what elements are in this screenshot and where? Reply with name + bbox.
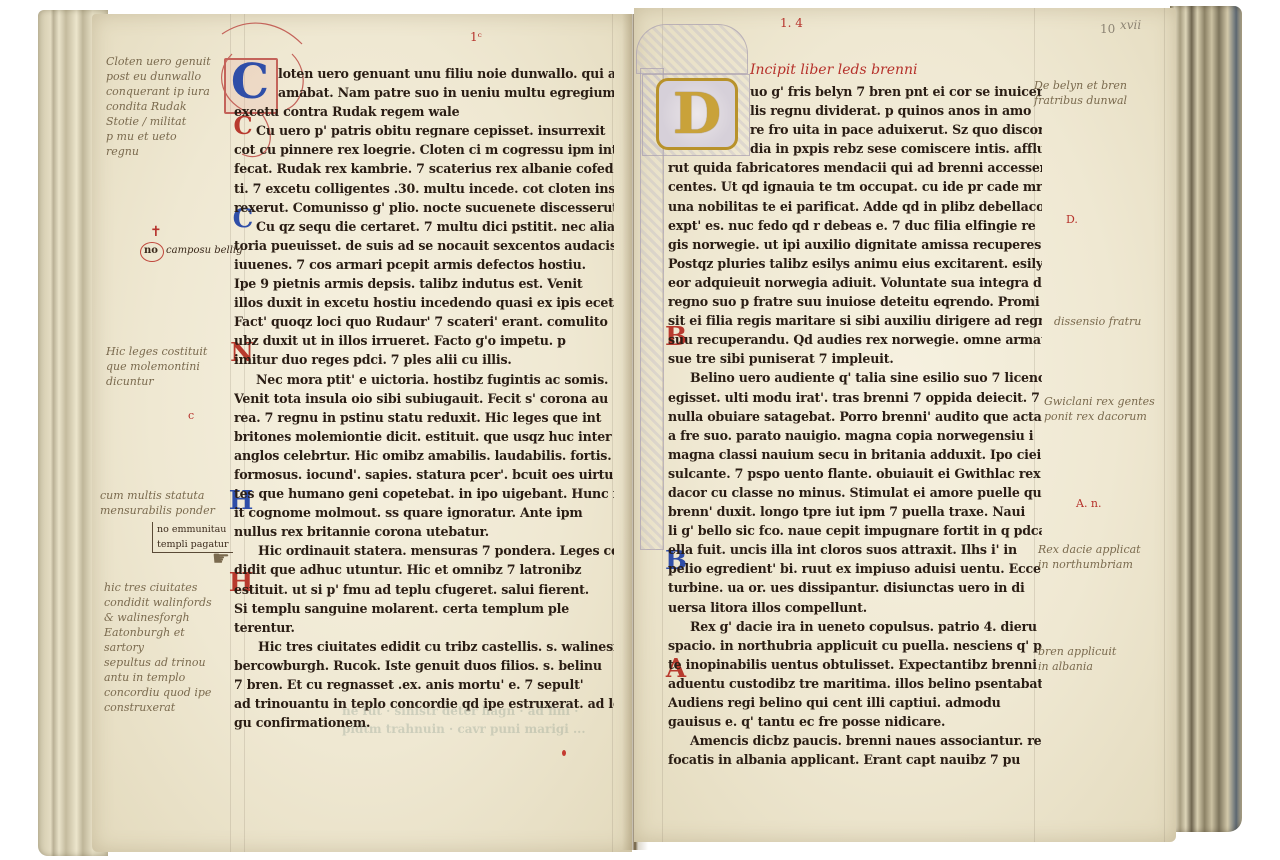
text-line: cot cu pinnere rex loegrie. Cloten ci m … [234, 140, 614, 159]
text-line: iuuenes. 7 cos armari pcepit armis defec… [234, 255, 614, 274]
marginal-note-line: in northumbriam [1038, 557, 1141, 572]
text-line: uo g' fris belyn 7 bren pnt ei cor se in… [668, 82, 1042, 101]
text-line: re fro uita in pace aduixerut. Sz quo di… [668, 120, 1042, 139]
penwork-border-top [636, 24, 748, 74]
text-line: Fact' quoqz loci quo Rudaur' 7 scateri' … [234, 312, 614, 331]
text-line: Postqz pluries talibz esilys animu eius … [668, 254, 1042, 273]
marginal-note: De belyn et bren fratribus dunwal [1034, 78, 1127, 108]
text-line: magna classi nauium secu in britania add… [668, 445, 1042, 464]
text-line: egisset. ulti modu irat'. tras brenni 7 … [668, 388, 1042, 407]
text-line: Cu qz sequ die certaret. 7 multu dici ps… [234, 217, 614, 236]
marginal-note-line: mensurabilis ponder [100, 503, 215, 518]
marginal-note-line: Gwiclani rex gentes [1044, 394, 1155, 409]
right-page-edges [1170, 6, 1242, 832]
text-line: dia in pxpis rebz sese comiscere intis. … [668, 139, 1042, 158]
text-line: anglos celebrtur. Hic omibz amabilis. la… [234, 446, 614, 465]
text-line: toria pueuisset. de suis ad se nocauit s… [234, 236, 614, 255]
text-line: Si templu sanguine molarent. certa templ… [234, 599, 614, 618]
text-line: ubz duxit ut in illos irrueret. Facto g'… [234, 331, 614, 350]
text-line: didit que adhuc utuntur. Hic et omnibz 7… [234, 560, 614, 579]
text-line: Audiens regi belino qui cent illi captiu… [668, 693, 1042, 712]
text-line: rea. 7 regnu in pstinu statu reduxit. Hi… [234, 408, 614, 427]
marginal-mark: D. [1066, 212, 1078, 227]
text-line: eor adquieuit norwegia adiuit. Voluntate… [668, 273, 1042, 292]
marginal-note-line: que molemontini [106, 359, 207, 374]
text-line: rut quida fabricatores mendacii qui ad b… [668, 158, 1042, 177]
text-line: britones molemiontie dicit. estituit. qu… [234, 427, 614, 446]
text-line: tes que humano geni copetebat. in ipo ui… [234, 484, 614, 503]
text-line: turbine. ua or. ues dissipantur. disiunc… [668, 578, 1042, 597]
text-line: nullus rex britannie corona utebatur. [234, 522, 614, 541]
ruling-line [1164, 8, 1165, 842]
marginal-note-line: ponit rex dacorum [1044, 409, 1155, 424]
text-line: brenn' duxit. longo tpre iut ipm 7 puell… [668, 502, 1042, 521]
text-line: te inopinabilis uentus obtulisset. Expec… [668, 655, 1042, 674]
show-through-text: pidtm trahnuin · cavr puni marigi ... [342, 720, 586, 739]
left-text-block: loten uero genuant unu filiu noie dunwal… [234, 64, 614, 732]
text-line: Hic tres ciuitates edidit cu tribz caste… [234, 637, 614, 656]
manuscript-spread: 1ᶜ C C C N H H loten uero genuant unu fi… [0, 0, 1280, 860]
marginal-note-line: bren applicuit [1038, 644, 1116, 659]
text-line: gauisus e. q' tantu ec fre posse nidicar… [668, 712, 1042, 731]
marginal-note-line: sepultus ad trinou [104, 655, 212, 670]
text-line: Belino uero audiente q' talia sine esili… [668, 368, 1042, 387]
text-line: loten uero genuant unu filiu noie dunwal… [234, 64, 614, 83]
text-line: pelio egredient' bi. ruut ex impiuso adu… [668, 559, 1042, 578]
marginal-note-line: antu in templo [104, 670, 212, 685]
marginal-note: Gwiclani rex gentes ponit rex dacorum [1044, 394, 1155, 424]
marginal-note-line: conquerant ip iura [106, 84, 211, 99]
marginal-note-line: Cloten uero genuit [106, 54, 211, 69]
text-line: dacor cu classe no minus. Stimulat ei am… [668, 483, 1042, 502]
marginal-note-line: concordiu quod ipe [104, 685, 212, 700]
text-line: Amencis dicbz paucis. brenni naues assoc… [668, 731, 1042, 750]
text-line: uersa litora illos compellunt. [668, 598, 1042, 617]
marginal-note: dissensio fratru [1054, 314, 1141, 329]
marginal-note: Cloten uero genuit post eu dunwallo conq… [106, 54, 211, 159]
show-through-text: ne fut · sinistr deter hagn · ad fini · [342, 702, 578, 721]
text-line: gis norwegie. ut ipi auxilio dignitate a… [668, 235, 1042, 254]
marginal-note-line: in albania [1038, 659, 1116, 674]
text-line: regno suo p fratre suu inuiose deteitu e… [668, 292, 1042, 311]
folio-mark: 1. 4 [780, 16, 803, 30]
marginal-note-line: construxerat [104, 700, 212, 715]
marginal-note: hic tres ciuitates condidit walinfords &… [104, 580, 212, 715]
text-line: Nec mora ptit' e uictoria. hostibz fugin… [234, 370, 614, 389]
marginal-note-line: regnu [106, 144, 211, 159]
text-line: formosus. iocund'. sapies. statura pcer'… [234, 465, 614, 484]
text-line: centes. Ut qd ignauia te tm occupat. cu … [668, 177, 1042, 196]
text-line: ella fuit. uncis illa int cloros suos at… [668, 540, 1042, 559]
text-line: lis regnu dividerat. p quinos anos in am… [668, 101, 1042, 120]
text-line: a fre suo. parato nauigio. magna copia n… [668, 426, 1042, 445]
text-line: amabat. Nam patre suo in ueniu multu egr… [234, 83, 614, 102]
marginal-note-line: Hic leges costituit [106, 344, 207, 359]
right-page: 1. 4 10 xvii D Incipit liber leds brenni… [634, 8, 1176, 842]
marginal-note-line: & walinesforgh [104, 610, 212, 625]
text-line: Cu uero p' patris obitu regnare cepisset… [234, 121, 614, 140]
marginal-note-line: Stotie / militat [106, 114, 211, 129]
text-line: ti. 7 excetu colligentes .30. multu ince… [234, 179, 614, 198]
marginal-note-line: fratribus dunwal [1034, 93, 1127, 108]
manicule-pointing-hand-icon: ☛ [212, 546, 230, 570]
text-line: Venit tota insula oio sibi subiugauit. F… [234, 389, 614, 408]
text-line: Hic ordinauit statera. mensuras 7 ponder… [234, 541, 614, 560]
folio-mark: 1ᶜ [470, 30, 482, 44]
marginal-note-line: cum multis statuta [100, 488, 215, 503]
marginal-note: bren applicuit in albania [1038, 644, 1116, 674]
text-line: expt' es. nuc fedo qd r debeas e. 7 duc … [668, 216, 1042, 235]
marginal-note-line: sartory [104, 640, 212, 655]
text-line: focatis in albania applicant. Erant capt… [668, 750, 1042, 769]
text-line: bercowburgh. Rucok. Iste genuit duos fil… [234, 656, 614, 675]
marginal-note-line: Rex dacie applicat [1038, 542, 1141, 557]
text-line: fecat. Rudak rex kambrie. 7 scaterius re… [234, 159, 614, 178]
red-ink-spot [562, 750, 566, 756]
text-line: sue tre sibi puniserat 7 impleuit. [668, 349, 1042, 368]
circled-note-text: camposu bellig [166, 243, 243, 258]
text-line: estituit. ut si p' fmu ad teplu cfugeret… [234, 580, 614, 599]
marginal-note-line: no emmunitau [157, 522, 229, 537]
text-line: li g' bello sic fco. naue cepit impugnar… [668, 521, 1042, 540]
marginal-note: Hic leges costituit que molemontini dicu… [106, 344, 207, 389]
rubric-heading: Incipit liber leds brenni [750, 62, 918, 78]
marginal-note-line: p mu et ueto [106, 129, 211, 144]
text-line: imitur duo reges pdci. 7 ples alii cu il… [234, 350, 614, 369]
text-line: rexerut. Comunisso g' plio. nocte sucuen… [234, 198, 614, 217]
marginal-note-line: Eatonburgh et [104, 625, 212, 640]
right-text-block: uo g' fris belyn 7 bren pnt ei cor se in… [668, 82, 1042, 769]
text-line: suu recuperandu. Qd audies rex norwegie.… [668, 330, 1042, 349]
text-line: illos duxit in excetu hostiu incedendo q… [234, 293, 614, 312]
text-line: spacio. in northubria applicuit cu puell… [668, 636, 1042, 655]
folio-number: 10 [1100, 22, 1115, 36]
circled-note: no [144, 243, 158, 258]
text-line: nulla obuiare satagebat. Porro brenni' a… [668, 407, 1042, 426]
text-line: una nobilitas te ei parificat. Adde qd i… [668, 197, 1042, 216]
marginal-mark: c [188, 408, 194, 423]
marginal-note-line: post eu dunwallo [106, 69, 211, 84]
marginal-note-line: condita Rudak [106, 99, 211, 114]
marginal-note-line: condidit walinfords [104, 595, 212, 610]
text-line: Rex g' dacie ira in ueneto copulsus. pat… [668, 617, 1042, 636]
text-line: 7 bren. Et cu regnasset .ex. anis mortu'… [234, 675, 614, 694]
text-line: it cognome molmout. ss quare ignoratur. … [234, 503, 614, 522]
text-line: aduentu custodibz tre maritima. illos be… [668, 674, 1042, 693]
cross-mark-icon: ✝ [150, 224, 162, 240]
folio-roman-number: xvii [1120, 18, 1141, 32]
text-line: sit ei filia regis maritare si sibi auxi… [668, 311, 1042, 330]
marginal-mark: A. n. [1076, 496, 1102, 511]
marginal-note: Rex dacie applicat in northumbriam [1038, 542, 1141, 572]
text-line: Ipe 9 pietnis armis depsis. talibz indut… [234, 274, 614, 293]
text-line: excetu contra Rudak regem wale [234, 102, 614, 121]
marginal-note: cum multis statuta mensurabilis ponder [100, 488, 215, 518]
marginal-note-line: De belyn et bren [1034, 78, 1127, 93]
text-line: sulcante. 7 pspo uento flante. obuiauit … [668, 464, 1042, 483]
marginal-note-line: hic tres ciuitates [104, 580, 212, 595]
left-page: 1ᶜ C C C N H H loten uero genuant unu fi… [92, 14, 632, 852]
text-line: terentur. [234, 618, 614, 637]
marginal-note-line: dicuntur [106, 374, 207, 389]
